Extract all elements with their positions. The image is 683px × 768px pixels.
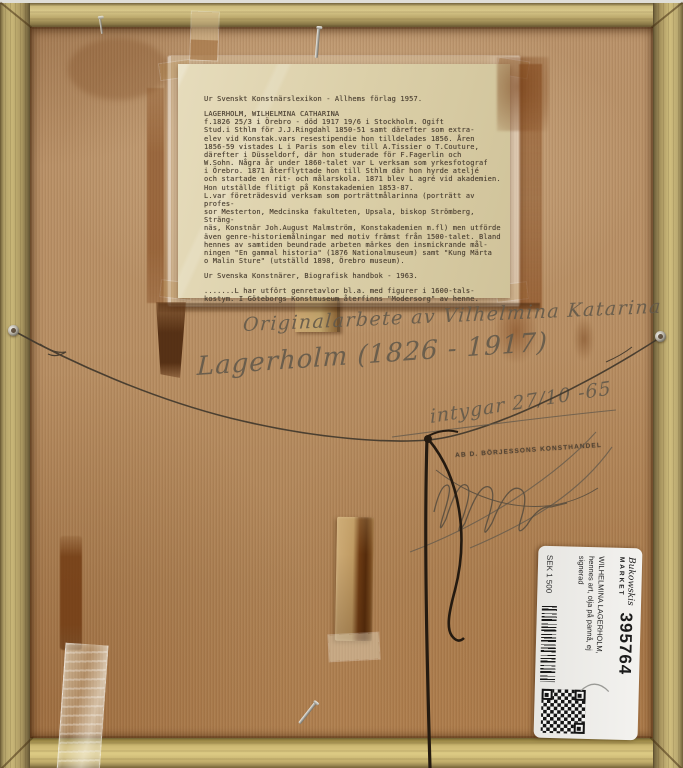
sticker-pencil-mark — [577, 675, 614, 700]
frame-right-bar — [653, 3, 683, 768]
batten-tape — [328, 633, 379, 662]
wooden-batten — [335, 517, 374, 642]
eyelet-screw-right — [655, 331, 666, 342]
typed-label-paper: Ur Svenskt Konstnärslexikon - Allhems fö… — [178, 64, 510, 298]
label-addendum: .......L har utfört genretavlor bl.a. me… — [204, 287, 506, 303]
eyelet-screw-left — [8, 325, 19, 336]
sticker-header: Bukowskis MARKET 395764 — [615, 557, 635, 676]
qr-finder — [574, 723, 585, 734]
sticker-brand-market: MARKET — [617, 557, 625, 606]
sticker-brand-script: Bukowskis — [625, 557, 635, 606]
auction-sticker: Bukowskis MARKET 395764 WILHELMINA LAGER… — [534, 546, 643, 741]
sticker-item-number: 395764 — [616, 612, 634, 675]
label-bio: f.1826 25/3 i Örebro - död 1917 19/6 i S… — [204, 118, 506, 265]
sticker-price: SEK 1 500 — [544, 555, 554, 593]
label-plastic-sleeve: Ur Svenskt Konstnärslexikon - Allhems fö… — [168, 56, 520, 306]
glue-stripe-stain — [60, 536, 82, 650]
label-source-1: Ur Svenskt Konstnärslexikon - Allhems fö… — [204, 95, 506, 103]
framed-painting-back-photo: Ur Svenskt Konstnärslexikon - Allhems fö… — [0, 0, 683, 768]
clear-tape-bottom-left — [57, 643, 109, 768]
stain-top-left-area — [68, 38, 168, 100]
qr-finder — [541, 689, 552, 700]
sticker-description: WILHELMINA LAGERHOLM, hennes art, olja p… — [574, 556, 606, 677]
typed-label-text: Ur Svenskt Konstnärslexikon - Allhems fö… — [204, 95, 506, 304]
sticker-brand: Bukowskis MARKET — [617, 557, 635, 606]
barcode — [540, 606, 557, 682]
tape-top-center — [190, 12, 219, 61]
frame-left-bar — [0, 3, 30, 768]
label-source-2: Ur Svenska Konstnärer, Biografisk handbo… — [204, 272, 506, 280]
frame-bottom-bar — [0, 738, 683, 768]
